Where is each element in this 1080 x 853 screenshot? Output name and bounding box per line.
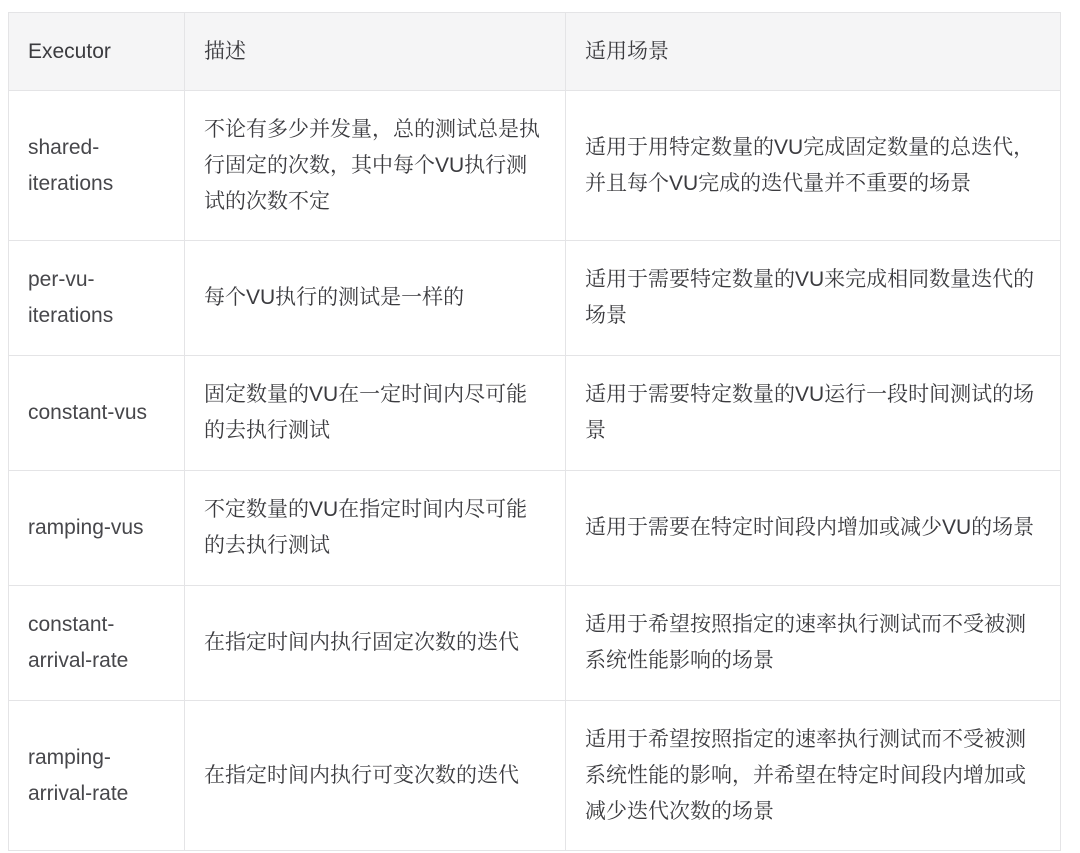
table-row: constant-vus 固定数量的VU在一定时间内尽可能的去执行测试 适用于需… bbox=[9, 356, 1061, 471]
table-row: ramping-vus 不定数量的VU在指定时间内尽可能的去执行测试 适用于需要… bbox=[9, 471, 1061, 586]
scenario-cell: 适用于需要在特定时间段内增加或减少VU的场景 bbox=[566, 471, 1061, 586]
executor-cell: constant-vus bbox=[9, 356, 185, 471]
table-row: ramping-arrival-rate 在指定时间内执行可变次数的迭代 适用于… bbox=[9, 701, 1061, 851]
description-cell: 在指定时间内执行固定次数的迭代 bbox=[185, 586, 566, 701]
scenario-cell: 适用于需要特定数量的VU运行一段时间测试的场景 bbox=[566, 356, 1061, 471]
executor-cell: constant-arrival-rate bbox=[9, 586, 185, 701]
column-header-executor: Executor bbox=[9, 13, 185, 91]
header-row: Executor 描述 适用场景 bbox=[9, 13, 1061, 91]
description-cell: 不定数量的VU在指定时间内尽可能的去执行测试 bbox=[185, 471, 566, 586]
executor-cell: shared-iterations bbox=[9, 91, 185, 241]
description-cell: 在指定时间内执行可变次数的迭代 bbox=[185, 701, 566, 851]
table-row: shared-iterations 不论有多少并发量，总的测试总是执行固定的次数… bbox=[9, 91, 1061, 241]
description-cell: 每个VU执行的测试是一样的 bbox=[185, 241, 566, 356]
executor-cell: ramping-vus bbox=[9, 471, 185, 586]
column-header-description: 描述 bbox=[185, 13, 566, 91]
executors-table: Executor 描述 适用场景 shared-iterations 不论有多少… bbox=[8, 12, 1061, 851]
scenario-cell: 适用于希望按照指定的速率执行测试而不受被测系统性能影响的场景 bbox=[566, 586, 1061, 701]
scenario-cell: 适用于用特定数量的VU完成固定数量的总迭代，并且每个VU完成的迭代量并不重要的场… bbox=[566, 91, 1061, 241]
description-cell: 不论有多少并发量，总的测试总是执行固定的次数，其中每个VU执行测试的次数不定 bbox=[185, 91, 566, 241]
description-cell: 固定数量的VU在一定时间内尽可能的去执行测试 bbox=[185, 356, 566, 471]
scenario-cell: 适用于需要特定数量的VU来完成相同数量迭代的场景 bbox=[566, 241, 1061, 356]
executor-cell: ramping-arrival-rate bbox=[9, 701, 185, 851]
table-row: per-vu-iterations 每个VU执行的测试是一样的 适用于需要特定数… bbox=[9, 241, 1061, 356]
table-row: constant-arrival-rate 在指定时间内执行固定次数的迭代 适用… bbox=[9, 586, 1061, 701]
page: Executor 描述 适用场景 shared-iterations 不论有多少… bbox=[0, 0, 1080, 853]
scenario-cell: 适用于希望按照指定的速率执行测试而不受被测系统性能的影响，并希望在特定时间段内增… bbox=[566, 701, 1061, 851]
column-header-scenario: 适用场景 bbox=[566, 13, 1061, 91]
executor-cell: per-vu-iterations bbox=[9, 241, 185, 356]
